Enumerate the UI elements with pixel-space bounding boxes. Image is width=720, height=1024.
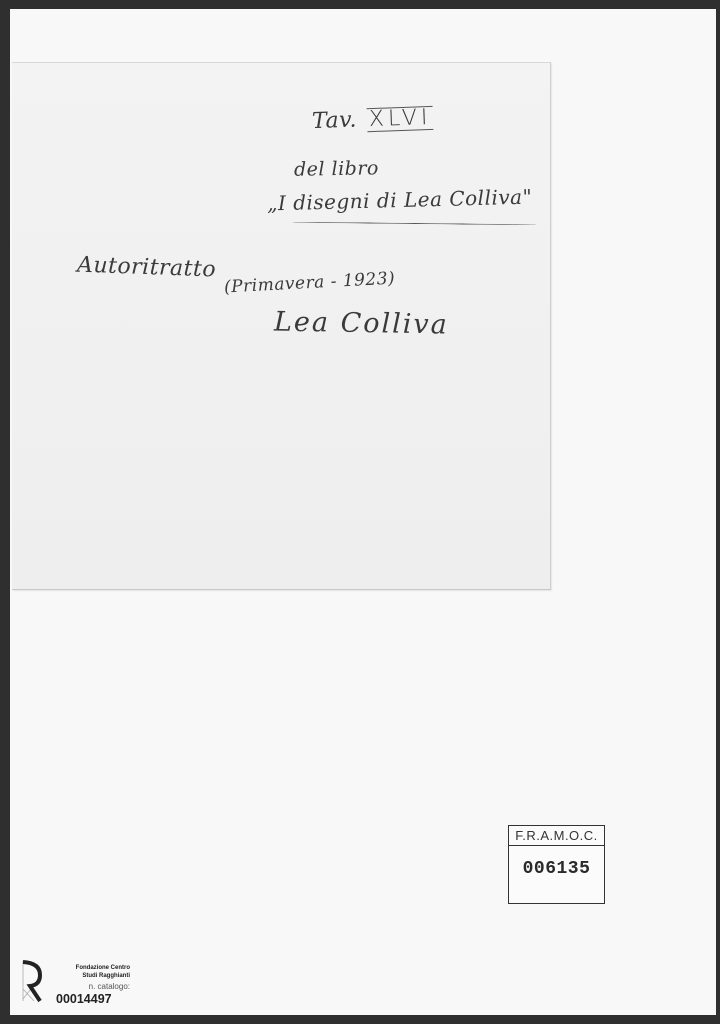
stamp-header: F.R.A.M.O.C. (509, 826, 604, 846)
date-note: (Primavera - 1923) (224, 269, 396, 298)
archive-page: Tav.XLVI del libro „I disegni di Lea Col… (10, 9, 716, 1015)
ragghianti-r-logo-icon (20, 959, 44, 1003)
tav-label: Tav. (312, 108, 358, 135)
signature: Lea Colliva (274, 306, 449, 340)
framoc-stamp: F.R.A.M.O.C. 006135 (508, 825, 605, 904)
del-libro-note: del libro (294, 157, 379, 180)
catalog-number: 00014497 (50, 992, 130, 1006)
stamp-number: 006135 (509, 859, 604, 879)
plate-number-note: Tav.XLVI (312, 105, 434, 134)
title-underline (292, 222, 537, 226)
foundation-name-line2: Studi Ragghianti (50, 972, 130, 980)
book-title-note: „I disegni di Lea Colliva" (267, 185, 533, 216)
foundation-label: Fondazione Centro Studi Ragghianti n. ca… (50, 964, 130, 1006)
catalog-label: n. catalogo: (50, 982, 130, 992)
tav-roman-number: XLVI (367, 106, 434, 132)
photo-card-reverse: Tav.XLVI del libro „I disegni di Lea Col… (12, 62, 551, 590)
foundation-name-line1: Fondazione Centro (50, 964, 130, 972)
subject-note: Autoritratto (77, 253, 217, 283)
